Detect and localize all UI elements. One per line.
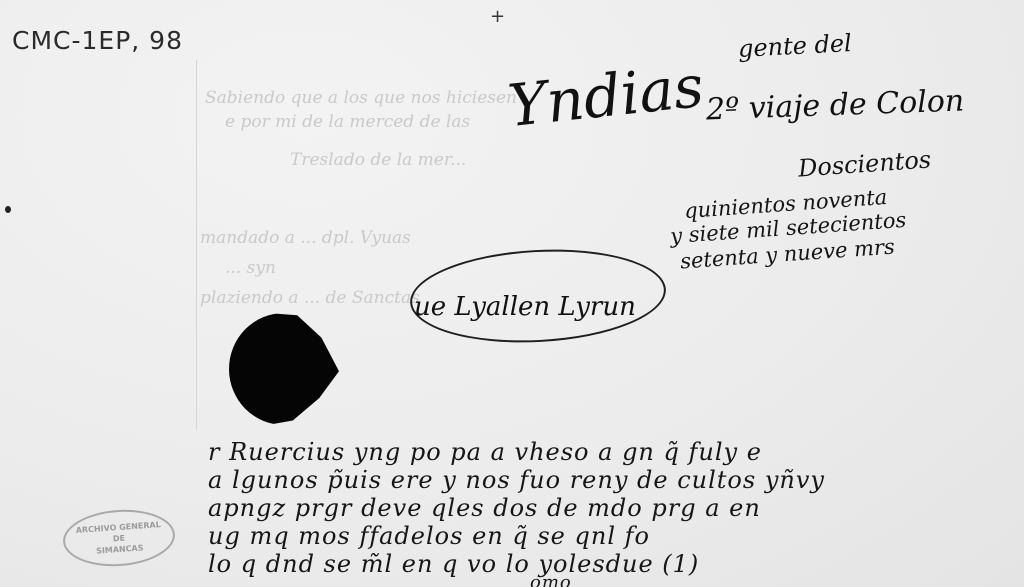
margin-note-line-1: gente del [737,29,852,63]
ink-speck [5,206,11,213]
cross-mark: + [490,6,505,27]
main-text-line: r Ruercius yng po pa a vheso a gn q̃ ful… [208,438,762,466]
bleed-through-line: Sabiendo que a los que nos hiciesen [205,88,517,108]
bleed-through-line: plaziendo a ... de Sanctas [200,288,420,308]
bleed-through-line: mandado a ... dpl. Vyuas [200,228,411,248]
faint-margin-rule [196,60,197,430]
main-text-line: ug mq mos ffadelos en q̃ se qnl fo [208,522,650,550]
bleed-through-line: ... syn [225,258,276,278]
bleed-through-line: Treslado de la mer... [290,150,466,170]
main-text-line: lo q dnd se m̃l en q vo lo yolesdue (1) [208,550,699,578]
main-text-line: apngz prgr deve qles dos de mdo prg a en [208,494,761,522]
main-text-line: a lgunos p̃uis ere y nos fuo reny de cul… [208,466,825,494]
archive-reference: CMC-1EP, 98 [12,26,183,55]
signature: ue Lyallen Lyrun [414,292,636,322]
main-text-line: omo [530,572,572,587]
bleed-through-line: e por mi de la merced de las [225,112,470,132]
